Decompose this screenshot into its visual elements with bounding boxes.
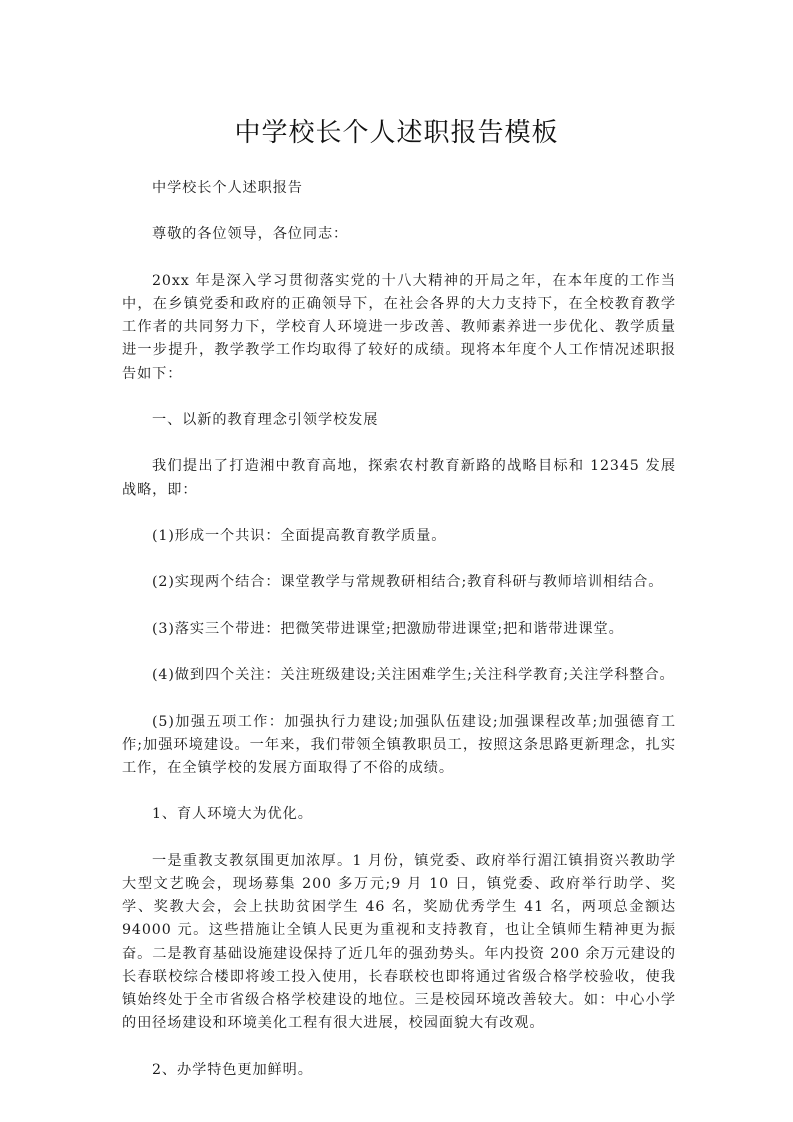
document-body: 中学校长个人述职报告 尊敬的各位领导，各位同志： 20xx 年是深入学习贯彻落实…: [122, 177, 676, 1105]
paragraph-environment: 一是重教支教氛围更加浓厚。1 月份，镇党委、政府举行湄江镇捐资兴教助学大型文艺晚…: [122, 850, 676, 1036]
list-item-4: (4)做到四个关注：关注班级建设;关注困难学生;关注科学教育;关注学科整合。: [122, 664, 676, 687]
paragraph-strategy: 我们提出了打造湘中教育高地，探索农村教育新路的战略目标和 12345 发展战略，…: [122, 455, 676, 501]
paragraph-intro: 20xx 年是深入学习贯彻落实党的十八大精神的开局之年，在本年度的工作当中，在乡…: [122, 270, 676, 386]
list-item-3: (3)落实三个带进：把微笑带进课堂;把激励带进课堂;把和谐带进课堂。: [122, 618, 676, 641]
paragraph-salutation: 尊敬的各位领导，各位同志：: [122, 223, 676, 246]
list-item-2: (2)实现两个结合：课堂教学与常规教研相结合;教育科研与教师培训相结合。: [122, 571, 676, 594]
subsection-heading-1: 1、育人环境大为优化。: [122, 803, 676, 826]
document-page: 中学校长个人述职报告模板 中学校长个人述职报告 尊敬的各位领导，各位同志： 20…: [0, 0, 793, 1122]
list-item-5: (5)加强五项工作：加强执行力建设;加强队伍建设;加强课程改革;加强德育工作;加…: [122, 711, 676, 781]
document-title: 中学校长个人述职报告模板: [0, 115, 793, 151]
list-item-1: (1)形成一个共识：全面提高教育教学质量。: [122, 525, 676, 548]
paragraph-subtitle: 中学校长个人述职报告: [122, 177, 676, 200]
section-heading-1: 一、以新的教育理念引领学校发展: [122, 409, 676, 432]
subsection-heading-2: 2、办学特色更加鲜明。: [122, 1059, 676, 1082]
